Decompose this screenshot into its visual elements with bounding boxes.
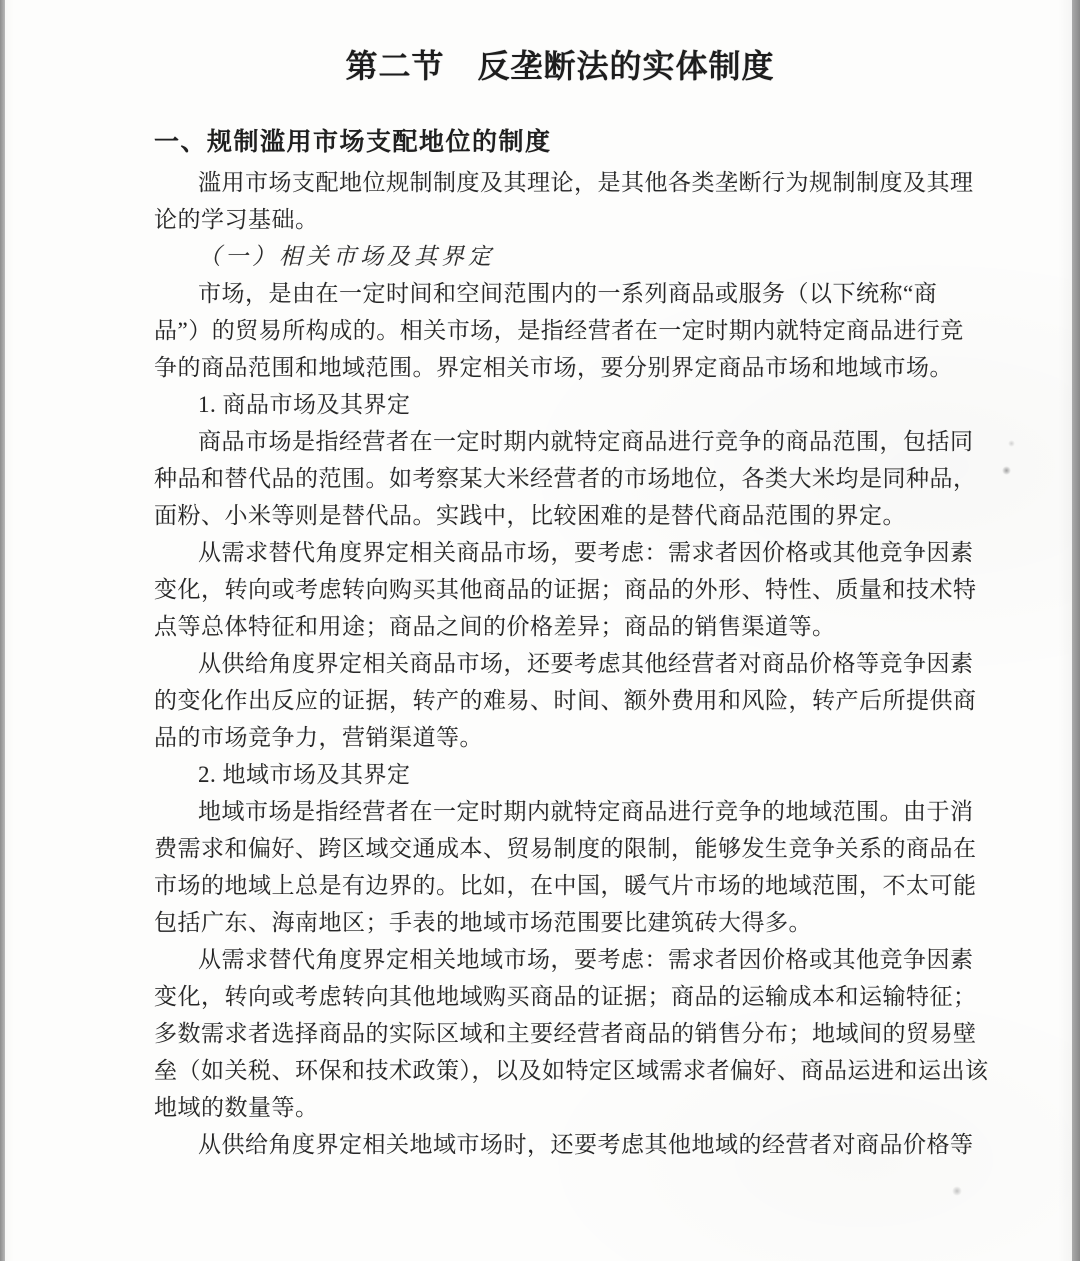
numbered-subheading: 1. 商品市场及其界定 [154, 386, 966, 423]
text-line: 从需求替代角度界定相关商品市场，要考虑：需求者因价格或其他竞争因素 [154, 534, 966, 571]
text-line: 变化，转向或考虑转向购买其他商品的证据；商品的外形、特性、质量和技术特 [154, 571, 966, 608]
scan-speck [952, 1186, 962, 1196]
text-line: 点等总体特征和用途；商品之间的价格差异；商品的销售渠道等。 [154, 608, 966, 645]
text-line: 论的学习基础。 [154, 201, 966, 238]
text-line: 从需求替代角度界定相关地域市场，要考虑：需求者因价格或其他竞争因素 [154, 941, 966, 978]
text-line: 争的商品范围和地域范围。界定相关市场，要分别界定商品市场和地域市场。 [154, 349, 966, 386]
scan-speck [1008, 440, 1015, 447]
text-line: 从供给角度界定相关地域市场时，还要考虑其他地域的经营者对商品价格等 [154, 1126, 966, 1163]
page-edge-left [0, 0, 5, 1261]
scan-speck [1002, 466, 1011, 475]
scanned-book-page: 第二节 反垄断法的实体制度 一、规制滥用市场支配地位的制度 滥用市场支配地位规制… [0, 0, 1080, 1261]
text-line: 地域市场是指经营者在一定时期内就特定商品进行竞争的地域范围。由于消 [154, 793, 966, 830]
text-line: 市场，是由在一定时间和空间范围内的一系列商品或服务（以下统称“商 [154, 275, 966, 312]
text-line: 垒（如关税、环保和技术政策），以及如特定区域需求者偏好、商品运进和运出该 [154, 1052, 966, 1089]
text-column: 第二节 反垄断法的实体制度 一、规制滥用市场支配地位的制度 滥用市场支配地位规制… [154, 44, 966, 1163]
text-line: 滥用市场支配地位规制制度及其理论，是其他各类垄断行为规制制度及其理 [154, 164, 966, 201]
text-line: 品”）的贸易所构成的。相关市场，是指经营者在一定时期内就特定商品进行竞 [154, 312, 966, 349]
text-line: 地域的数量等。 [154, 1089, 966, 1126]
text-line: 包括广东、海南地区；手表的地域市场范围要比建筑砖大得多。 [154, 904, 966, 941]
item-heading-kai: （一）相关市场及其界定 [154, 238, 966, 275]
subsection-heading: 一、规制滥用市场支配地位的制度 [154, 124, 966, 164]
numbered-subheading: 2. 地域市场及其界定 [154, 756, 966, 793]
text-line: 多数需求者选择商品的实际区域和主要经营者商品的销售分布；地域间的贸易壁 [154, 1015, 966, 1052]
text-line: 的变化作出反应的证据，转产的难易、时间、额外费用和风险，转产后所提供商 [154, 682, 966, 719]
text-line: 面粉、小米等则是替代品。实践中，比较困难的是替代商品范围的界定。 [154, 497, 966, 534]
text-line: 种品和替代品的范围。如考察某大米经营者的市场地位，各类大米均是同种品， [154, 460, 966, 497]
text-line: 变化，转向或考虑转向其他地域购买商品的证据；商品的运输成本和运输特征； [154, 978, 966, 1015]
page-edge-right [1072, 0, 1080, 1261]
text-line: 费需求和偏好、跨区域交通成本、贸易制度的限制，能够发生竞争关系的商品在 [154, 830, 966, 867]
text-line: 品的市场竞争力，营销渠道等。 [154, 719, 966, 756]
text-line: 从供给角度界定相关商品市场，还要考虑其他经营者对商品价格等竞争因素 [154, 645, 966, 682]
text-line: 商品市场是指经营者在一定时期内就特定商品进行竞争的商品范围，包括同 [154, 423, 966, 460]
section-title: 第二节 反垄断法的实体制度 [154, 44, 966, 124]
text-line: 市场的地域上总是有边界的。比如，在中国，暖气片市场的地域范围，不太可能 [154, 867, 966, 904]
